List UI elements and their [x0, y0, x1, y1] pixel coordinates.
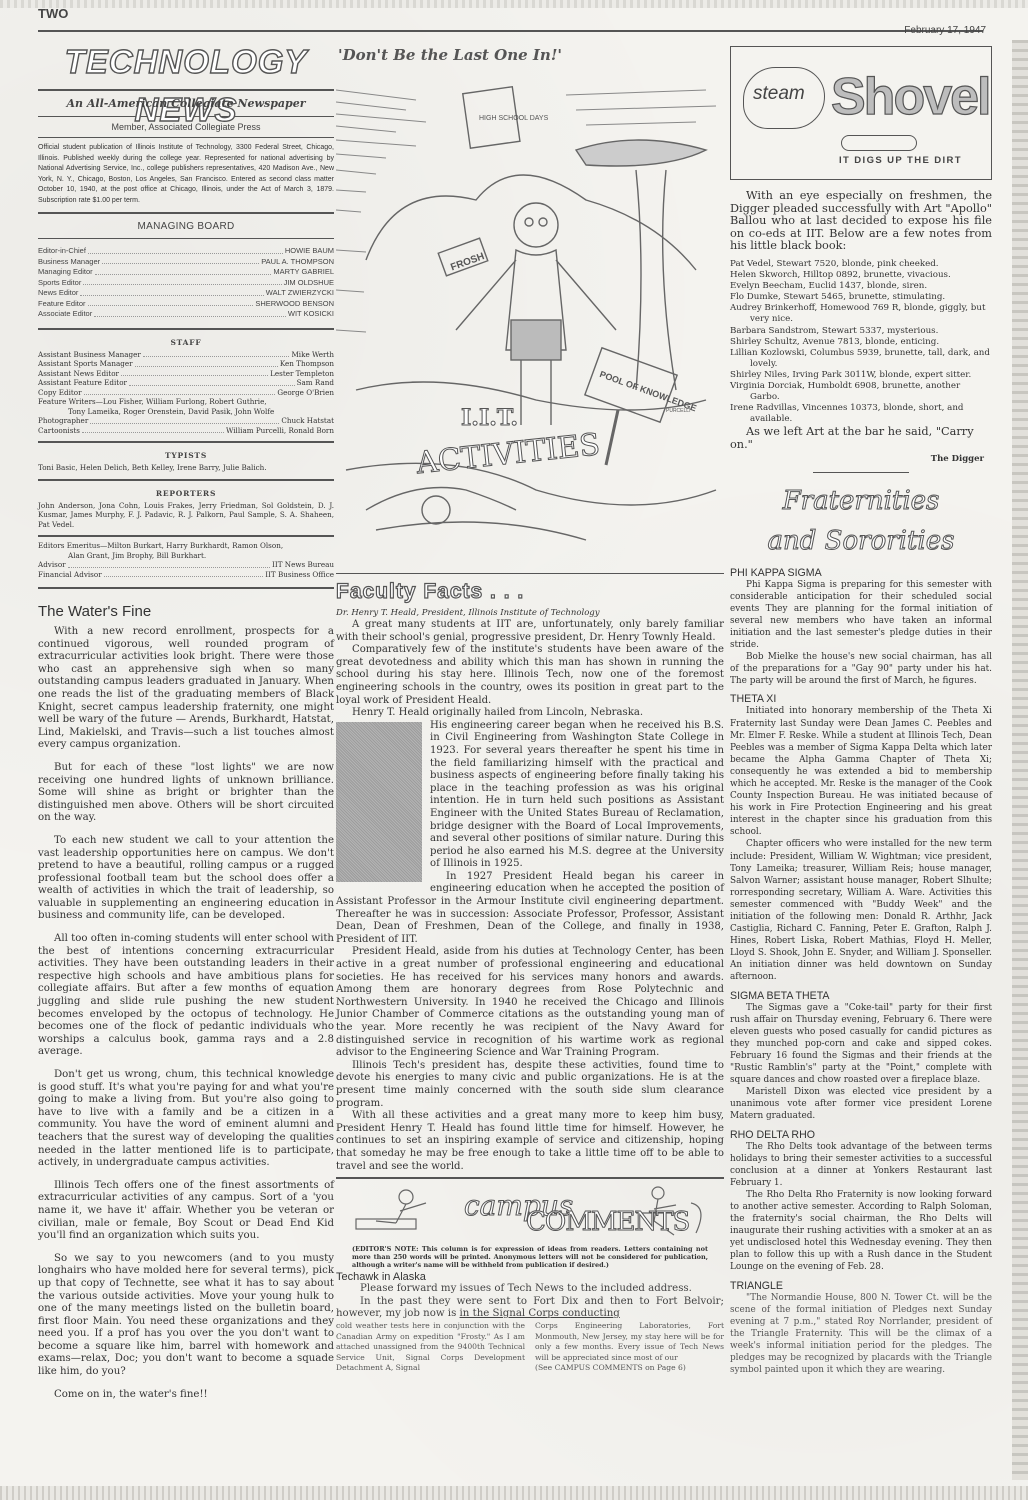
board-row: Associate EditorWIT KOSICKI — [38, 309, 334, 320]
board-row: News EditorWALT ZWIERZYCKI — [38, 288, 334, 299]
steam-shovel-outro: As we left Art at the bar he said, "Carr… — [730, 426, 992, 451]
staff-row: Copy EditorGeorge O'Brien — [38, 388, 334, 398]
managing-board-heading: MANAGING BOARD — [38, 217, 334, 235]
editorial-closing: Come on in, the water's fine!! — [38, 1389, 334, 1402]
feature-writers: Feature Writers—Lou Fisher, William Furl… — [38, 397, 334, 407]
publication-notice: Official student publication of Illinois… — [38, 141, 334, 209]
reporters-list: John Anderson, Jona Cohn, Louis Frakes, … — [38, 501, 334, 530]
editorial-paragraph: Don't get us wrong, chum, this technical… — [38, 1069, 334, 1170]
staff-row: Assistant Sports ManagerKen Thompson — [38, 359, 334, 369]
article-paragraph: President Heald, aside from his duties a… — [336, 946, 724, 1059]
steam-word: steam — [753, 83, 805, 105]
cartoon-caption: 'Don't Be the Last One In!' — [338, 46, 724, 64]
letter-headline: Techawk in Alaska — [336, 1271, 724, 1283]
section-paragraph: The Rho Delts took advantage of the betw… — [730, 1141, 992, 1189]
list-item: Shirley Schultz, Avenue 7813, blonde, en… — [730, 337, 992, 348]
divider — [38, 328, 334, 330]
list-item: Lillian Kozlowski, Columbus 5939, brunet… — [730, 348, 992, 370]
faculty-facts-article: Faculty Facts . . . Dr. Henry T. Heald, … — [336, 580, 724, 1179]
section-paragraph: "The Normandie House, 800 N. Tower Ct. w… — [730, 1292, 992, 1377]
page-number-label: TWO — [38, 6, 68, 21]
press-membership: Member, Associated Collegiate Press — [38, 120, 334, 134]
editorial-paragraph: So we say to you newcomers (and to you m… — [38, 1253, 334, 1379]
list-item: Irene Radvillas, Vincennes 10373, blonde… — [730, 403, 992, 425]
svg-text:FROSH: FROSH — [449, 251, 486, 273]
divider — [38, 587, 334, 589]
continued-on-page-link[interactable]: (See CAMPUS COMMENTS on Page 6) — [535, 1363, 724, 1374]
divider — [336, 573, 724, 574]
editors-note: (EDITOR'S NOTE: This column is for expre… — [336, 1245, 724, 1269]
section-paragraph: Bob Mielke the house's new social chairm… — [730, 651, 992, 687]
board-row: Editor-in-ChiefHOWIE BAUM — [38, 246, 334, 257]
board-row: Sports EditorJIM OLDSHUE — [38, 278, 334, 289]
editorial-article: The Water's Fine With a new record enrol… — [38, 603, 334, 1401]
tread-icon — [841, 135, 917, 151]
center-column: 'Don't Be the Last One In!' — [336, 32, 724, 1374]
column-signature: The Digger — [730, 454, 992, 464]
editorial-paragraph: To each new student we call to your atte… — [38, 835, 334, 923]
scan-edge-right — [1012, 40, 1028, 1480]
managing-board-list: Editor-in-ChiefHOWIE BAUM Business Manag… — [38, 242, 334, 325]
letter-paragraph: Please forward my issues of Tech News to… — [336, 1283, 724, 1295]
divider — [38, 479, 334, 481]
svg-text:ACTIVITIES: ACTIVITIES — [414, 427, 602, 481]
editorial-paragraph: But for each of these "lost lights" we a… — [38, 762, 334, 825]
list-item: Flo Dumke, Stewart 5465, brunette, stimu… — [730, 292, 992, 303]
editorial-paragraph: Illinois Tech offers one of the finest a… — [38, 1180, 334, 1243]
editorial-paragraph: With a new record enrollment, prospects … — [38, 626, 334, 752]
reporters-heading: REPORTERS — [38, 484, 334, 501]
divider — [38, 137, 334, 138]
little-black-book-list: Pat Vedel, Stewart 7520, blonde, pink ch… — [730, 259, 992, 425]
divider — [813, 472, 909, 473]
faculty-facts-headline: Faculty Facts . . . — [336, 580, 724, 604]
staff-row: Assistant News EditorLester Templeton — [38, 369, 334, 379]
staff-row: PhotographerChuck Hatstat — [38, 416, 334, 426]
scan-edge-bottom — [0, 1486, 1028, 1500]
campus-comments-title-2: COMMENTS — [526, 1207, 689, 1237]
typists-list: Toni Basic, Helen Delich, Beth Kelley, I… — [38, 463, 334, 473]
cartoon-illustration-icon: HIGH SCHOOL DAYS FROSH POOL OF KNOWLEDGE… — [336, 70, 724, 570]
article-paragraph: With all these activities and a great ma… — [336, 1110, 724, 1173]
divider — [38, 441, 334, 443]
typists-heading: TYPISTS — [38, 446, 334, 463]
section-heading: RHO DELTA RHO — [730, 1129, 992, 1141]
section-paragraph: Chapter officers who were installed for … — [730, 838, 992, 983]
staff-row: Assistant Feature EditorSam Rand — [38, 378, 334, 388]
article-paragraph: Illinois Tech's president has, despite t… — [336, 1060, 724, 1110]
advisor-row: AdvisorIIT News Bureau — [38, 560, 334, 570]
fraternities-headline: Fraternities and Sororities — [730, 481, 992, 561]
list-item: Evelyn Beecham, Euclid 1437, blonde, sir… — [730, 281, 992, 292]
masthead-title: TECHNOLOGY NEWS — [38, 38, 334, 86]
campus-comments-banner: campus COMMENTS — [336, 1183, 724, 1245]
list-item: Barbara Sandstrom, Stewart 5337, mysteri… — [730, 326, 992, 337]
divider — [336, 1177, 724, 1179]
editorial-headline: The Water's Fine — [38, 603, 334, 620]
letter-col-right: Corps Engineering Laboratories, Fort Mon… — [535, 1321, 724, 1374]
list-item: Audrey Brinkerhoff, Homewood 769 R, blon… — [730, 303, 992, 325]
scan-edge-top — [0, 0, 1028, 8]
board-row: Business ManagerPAUL A. THOMPSON — [38, 257, 334, 268]
right-column: steam Shovel IT DIGS UP THE DIRT With an… — [730, 32, 992, 1376]
staff-row: CartoonistsWilliam Purcelli, Ronald Born — [38, 426, 334, 436]
article-paragraph: In 1927 President Heald began his career… — [336, 871, 724, 947]
divider — [38, 212, 334, 214]
steam-shovel-tagline: IT DIGS UP THE DIRT — [839, 155, 962, 166]
list-item: Virginia Dorciak, Humboldt 6908, brunett… — [730, 381, 992, 403]
section-heading: PHI KAPPA SIGMA — [730, 567, 992, 579]
list-item: Shirley Niles, Irving Park 3011W, blonde… — [730, 370, 992, 381]
financial-advisor-row: Financial AdvisorIIT Business Office — [38, 570, 334, 580]
article-paragraph: Comparatively few of the institute's stu… — [336, 644, 724, 707]
section-paragraph: Maristell Dixon was elected vice preside… — [730, 1086, 992, 1122]
editors-emeritus-cont: Alan Grant, Jim Brophy, Bill Burkhart. — [38, 551, 334, 561]
section-paragraph: Initiated into honorary membership of th… — [730, 705, 992, 838]
letter-continued-columns: cold weather tests here in conjunction w… — [336, 1321, 724, 1374]
section-heading: TRIANGLE — [730, 1280, 992, 1292]
editorial-cartoon: HIGH SCHOOL DAYS FROSH POOL OF KNOWLEDGE… — [336, 70, 724, 570]
section-heading: THETA XI — [730, 693, 992, 705]
section-paragraph: The Rho Delta Rho Fraternity is now look… — [730, 1189, 992, 1274]
shovel-word: Shovel — [831, 67, 990, 127]
section-heading: SIGMA BETA THETA — [730, 990, 992, 1002]
svg-text:HIGH SCHOOL DAYS: HIGH SCHOOL DAYS — [479, 115, 549, 122]
steam-shovel-logo: steam Shovel IT DIGS UP THE DIRT — [730, 46, 992, 180]
feature-writers-cont: Tony Lameika, Roger Orenstein, David Pas… — [38, 407, 334, 417]
letter-paragraph: In the past they were sent to Fort Dix a… — [336, 1296, 724, 1321]
steam-shovel-intro: With an eye especially on freshmen, the … — [730, 190, 992, 253]
article-byline: Dr. Henry T. Heald, President, Illinois … — [336, 608, 724, 618]
fraternities-column: PHI KAPPA SIGMA Phi Kappa Sigma is prepa… — [730, 567, 992, 1377]
section-paragraph: The Sigmas gave a "Coke-tail" party for … — [730, 1002, 992, 1087]
article-paragraph: Henry T. Heald originally hailed from Li… — [336, 707, 724, 720]
left-column: TECHNOLOGY NEWS An All-American Collegia… — [38, 32, 334, 1411]
svg-text:POOL OF KNOWLEDGE: POOL OF KNOWLEDGE — [598, 369, 698, 413]
svg-text:I.I.T.: I.I.T. — [461, 405, 518, 431]
section-paragraph: Phi Kappa Sigma is preparing for this se… — [730, 579, 992, 652]
reader-letter: Techawk in Alaska Please forward my issu… — [336, 1271, 724, 1374]
staff-heading: STAFF — [38, 333, 334, 350]
article-paragraph: A great many students at IIT are, unfort… — [336, 619, 724, 644]
svg-text:PURCELLI: PURCELLI — [666, 408, 690, 414]
editorial-paragraph: All too often in-coming students will en… — [38, 933, 334, 1059]
list-item: Helen Skworch, Hilltop 0892, brunette, v… — [730, 270, 992, 281]
board-row: Feature EditorSHERWOOD BENSON — [38, 299, 334, 310]
board-row: Managing EditorMARTY GABRIEL — [38, 267, 334, 278]
president-portrait-photo — [336, 722, 422, 882]
letter-col-left: cold weather tests here in conjunction w… — [336, 1321, 525, 1374]
staff-row: Assistant Business ManagerMike Werth — [38, 350, 334, 360]
editors-emeritus: Editors Emeritus—Milton Burkart, Harry B… — [38, 541, 334, 551]
divider — [38, 535, 334, 537]
divider — [38, 238, 334, 239]
list-item: Pat Vedel, Stewart 7520, blonde, pink ch… — [730, 259, 992, 270]
